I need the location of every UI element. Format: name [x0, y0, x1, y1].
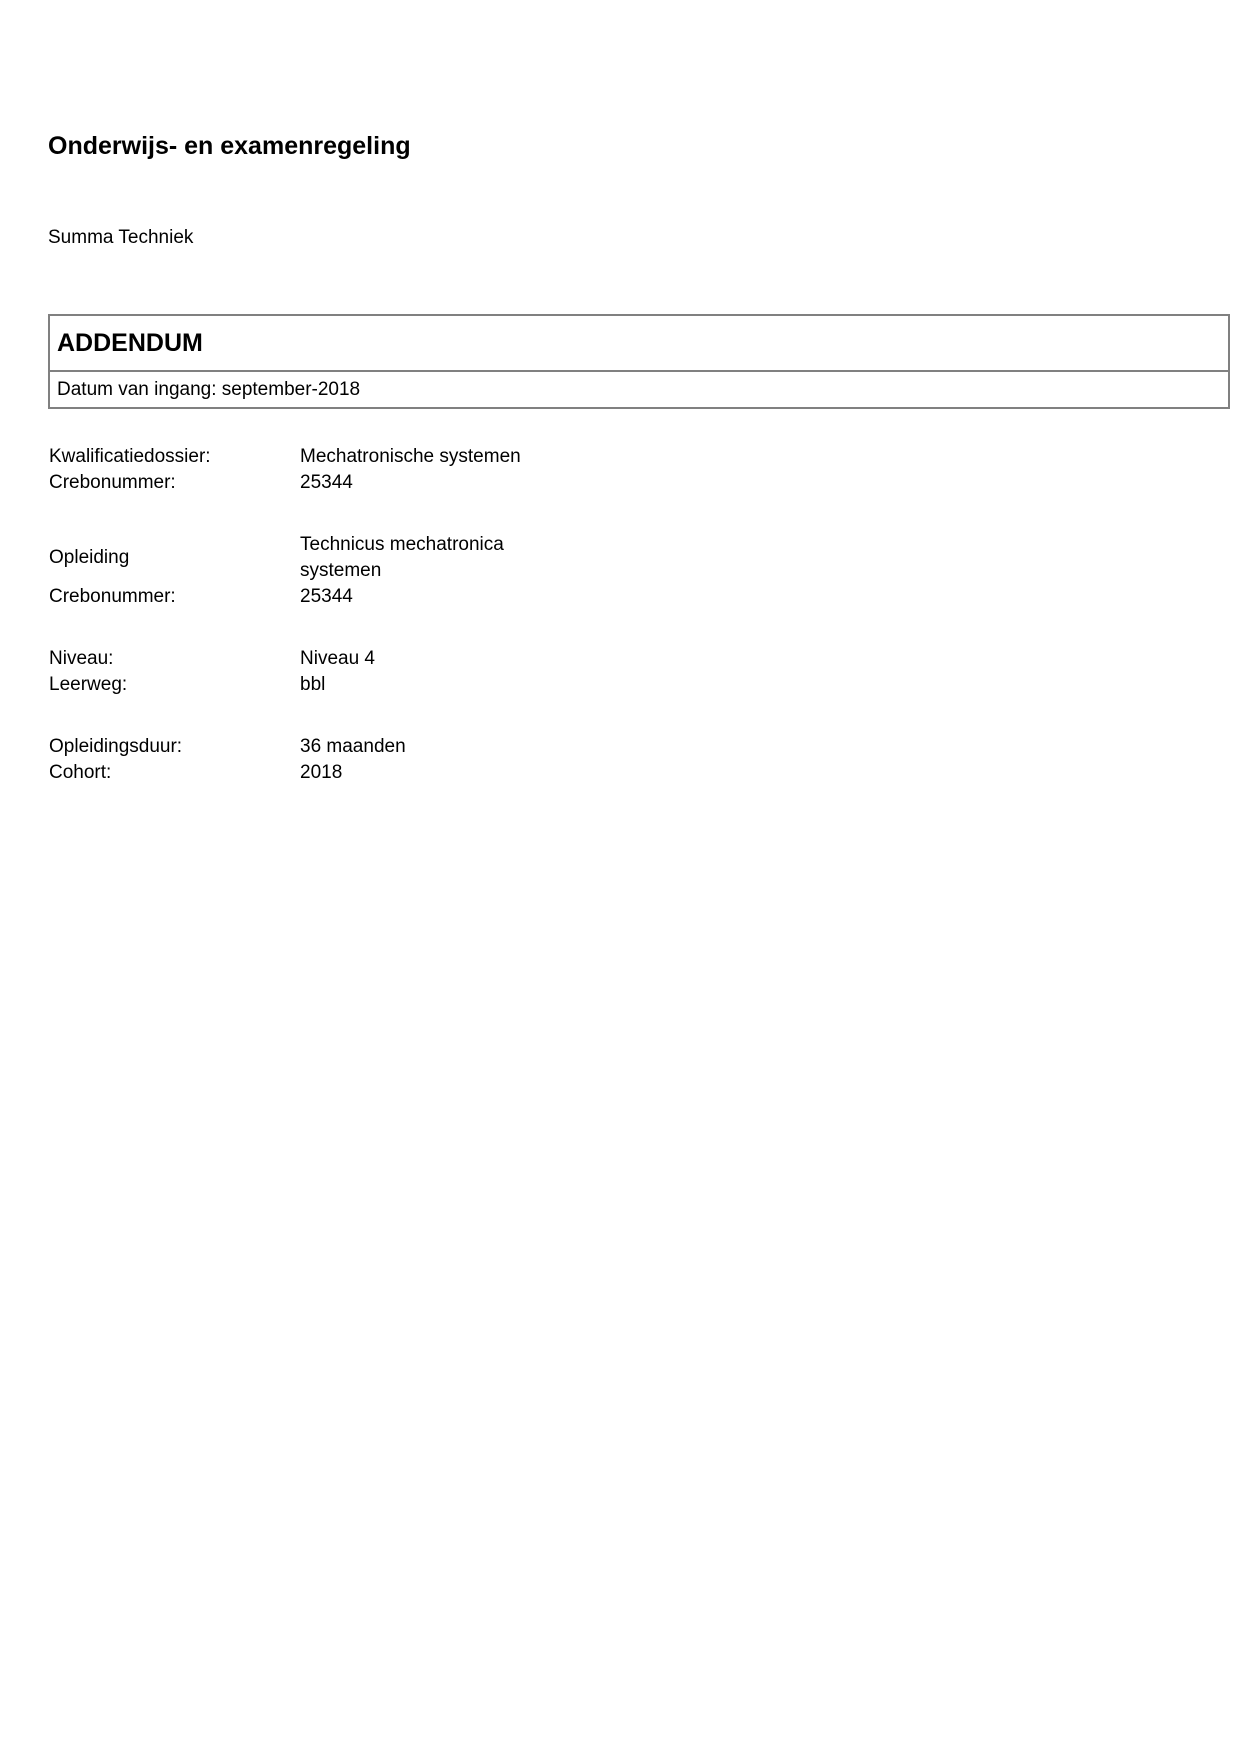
detail-label: Cohort: [49, 760, 300, 786]
detail-row-leerweg: Leerweg: bbl [49, 672, 560, 698]
detail-value: 36 maanden [300, 734, 560, 760]
detail-value: Mechatronische systemen [300, 444, 560, 470]
addendum-heading: ADDENDUM [50, 316, 1228, 372]
detail-label: Kwalificatiedossier: [49, 444, 300, 470]
detail-row-crebonummer-dossier: Crebonummer: 25344 [49, 470, 560, 496]
detail-value: 25344 [300, 470, 560, 496]
detail-row-niveau: Niveau: Niveau 4 [49, 646, 560, 672]
detail-value: 2018 [300, 760, 560, 786]
details-section: Kwalificatiedossier: Mechatronische syst… [49, 444, 560, 786]
addendum-box: ADDENDUM Datum van ingang: september-201… [48, 314, 1230, 409]
organization-name: Summa Techniek [48, 226, 193, 250]
detail-row-kwalificatiedossier: Kwalificatiedossier: Mechatronische syst… [49, 444, 560, 470]
detail-label: Crebonummer: [49, 584, 300, 610]
detail-row-cohort: Cohort: 2018 [49, 760, 560, 786]
document-title: Onderwijs- en examenregeling [48, 130, 411, 162]
spacer [49, 496, 560, 532]
detail-label: Opleidingsduur: [49, 734, 300, 760]
addendum-effective-date: Datum van ingang: september-2018 [50, 372, 1228, 407]
detail-label: Opleiding [49, 545, 300, 571]
detail-value: 25344 [300, 584, 560, 610]
detail-row-opleiding: Opleiding Technicus mechatronica systeme… [49, 532, 560, 584]
detail-label: Niveau: [49, 646, 300, 672]
detail-row-opleidingsduur: Opleidingsduur: 36 maanden [49, 734, 560, 760]
spacer [49, 698, 560, 734]
detail-value: bbl [300, 672, 560, 698]
detail-label: Leerweg: [49, 672, 300, 698]
detail-value: Niveau 4 [300, 646, 560, 672]
detail-value: Technicus mechatronica systemen [300, 532, 540, 584]
detail-label: Crebonummer: [49, 470, 300, 496]
spacer [49, 610, 560, 646]
detail-row-crebonummer-opleiding: Crebonummer: 25344 [49, 584, 560, 610]
